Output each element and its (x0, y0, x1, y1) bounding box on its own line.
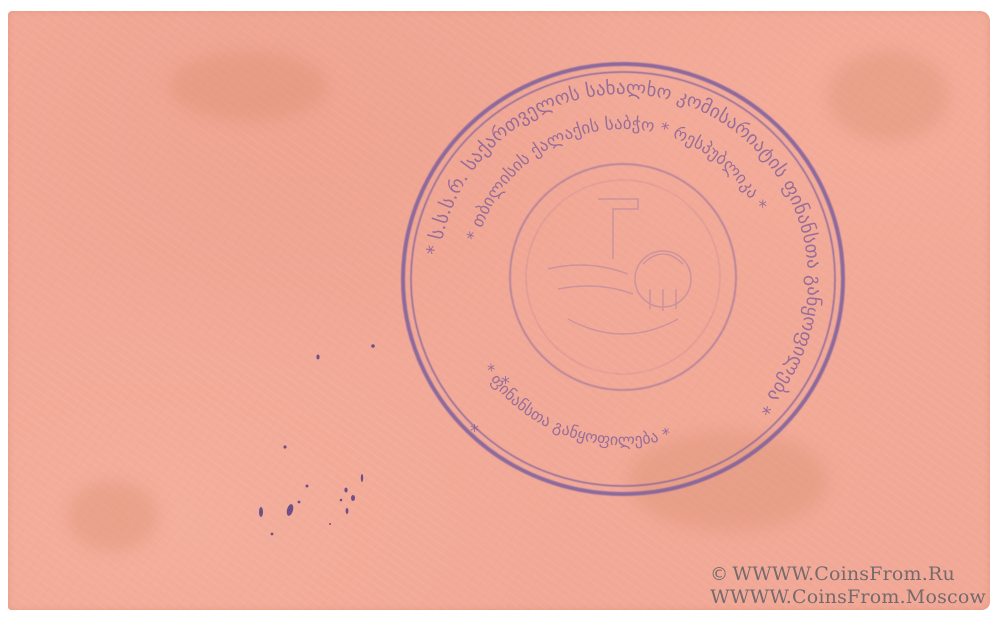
official-stamp: * ს.ს.ს.რ. საქართველოს სახალხო კომისარია… (398, 59, 848, 499)
star-icon: * (501, 373, 510, 394)
scan-canvas: * ს.ს.ს.რ. საქართველოს სახალხო კომისარია… (0, 0, 1000, 619)
paper-stain (168, 51, 328, 121)
copyright-watermark: ©WWWW.CoinsFrom.Ru WWWW.CoinsFrom.Moscow (710, 563, 986, 609)
coat-of-arms-icon (548, 199, 691, 334)
stamp-graphic: * ს.ს.ს.რ. საქართველოს სახალხო კომისარია… (398, 59, 848, 499)
star-icon: * (470, 421, 479, 442)
paper-stain (68, 481, 158, 551)
watermark-url-ru: WWWW.CoinsFrom.Ru (732, 563, 955, 585)
watermark-line-1: ©WWWW.CoinsFrom.Ru (710, 563, 986, 586)
watermark-url-moscow: WWWW.CoinsFrom.Moscow (710, 586, 986, 609)
copyright-icon: © (710, 564, 728, 585)
